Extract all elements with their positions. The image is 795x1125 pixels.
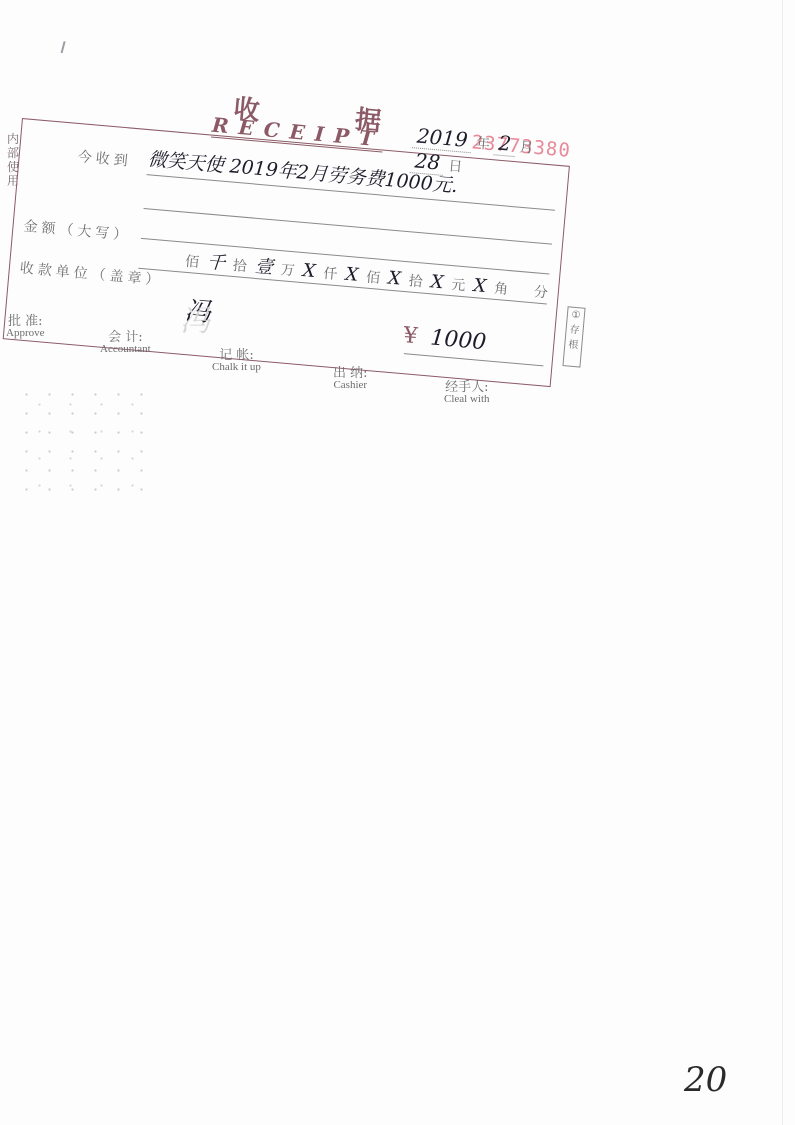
footer-accountant-en: Accountant (100, 343, 151, 355)
amount-unit-label: 拾 (232, 258, 247, 275)
footer-accountant: 会 计: Accountant (100, 326, 151, 355)
amount-unit-label: 万 (280, 262, 295, 279)
footer-approve: 批 准: Approve (6, 310, 45, 339)
footer-handler-en: Cleal with (444, 393, 490, 405)
amount-digit: X (302, 260, 317, 282)
payee-label: 收款单位（盖章） (19, 257, 164, 289)
amount-digit: 壹 (254, 256, 274, 278)
amount-digit: X (430, 271, 445, 293)
footer-handler: 经手人: Cleal with (444, 376, 490, 405)
footer-cashier: 出 纳: Cashier (333, 362, 368, 391)
date-month: 2 (497, 131, 512, 156)
amount-digit: 千 (206, 252, 226, 274)
amount-unit-label: 仟 (323, 266, 338, 283)
year-label: 年 (475, 136, 490, 153)
amount-unit-label: 拾 (408, 273, 423, 290)
date-year: 2019 (416, 124, 469, 152)
copy-tab-number: ① (567, 307, 584, 323)
page-edge (782, 0, 783, 1125)
amount-digit: X (473, 275, 488, 297)
footer-bookkeeping: 记 帐: Chalk it up (212, 344, 261, 373)
amount-unit-label: 角 (493, 281, 508, 298)
amount-unit-label: 元 (451, 277, 466, 294)
amount-digit: X (387, 268, 402, 290)
amount-unit-label: 佰 (184, 254, 199, 271)
copy-tab: ① 存根 (562, 306, 585, 367)
amount-unit-label: 分 (533, 284, 548, 301)
month-label: 月 (519, 139, 534, 156)
received-from-line-2 (144, 208, 553, 245)
footer-cashier-en: Cashier (333, 379, 368, 391)
staple-mark (61, 41, 72, 55)
stamp-ghost: 冯 (180, 296, 270, 351)
amount-words-label: 金额（大写） (23, 216, 132, 245)
copy-tab-label: 存根 (567, 322, 582, 353)
day-label: 日 (448, 158, 463, 175)
amount-unit-label: 佰 (365, 270, 380, 287)
currency-symbol: ¥ (402, 323, 418, 349)
footer-approve-en: Approve (6, 327, 45, 339)
amount-units: 佰千拾壹万X仟X佰X拾X元X角分 (160, 244, 551, 304)
page-number: 20 (684, 1060, 727, 1100)
receipt-form: 收据 RECEIPT 23773380 今收到 微笑天使 2019年2月劳务费1… (2, 118, 590, 395)
footer-bookkeeping-en: Chalk it up (212, 361, 261, 373)
amount-digit: X (345, 264, 360, 286)
received-from-label: 今收到 (77, 146, 133, 171)
amount-numeric: 1000 (429, 325, 487, 355)
date-day: 28 (414, 148, 441, 174)
amount-numeric-line (404, 353, 544, 366)
scan-specks (15, 385, 155, 495)
receipt-box: 今收到 微笑天使 2019年2月劳务费1000元. 2019 年 2 月 28 … (3, 118, 570, 387)
